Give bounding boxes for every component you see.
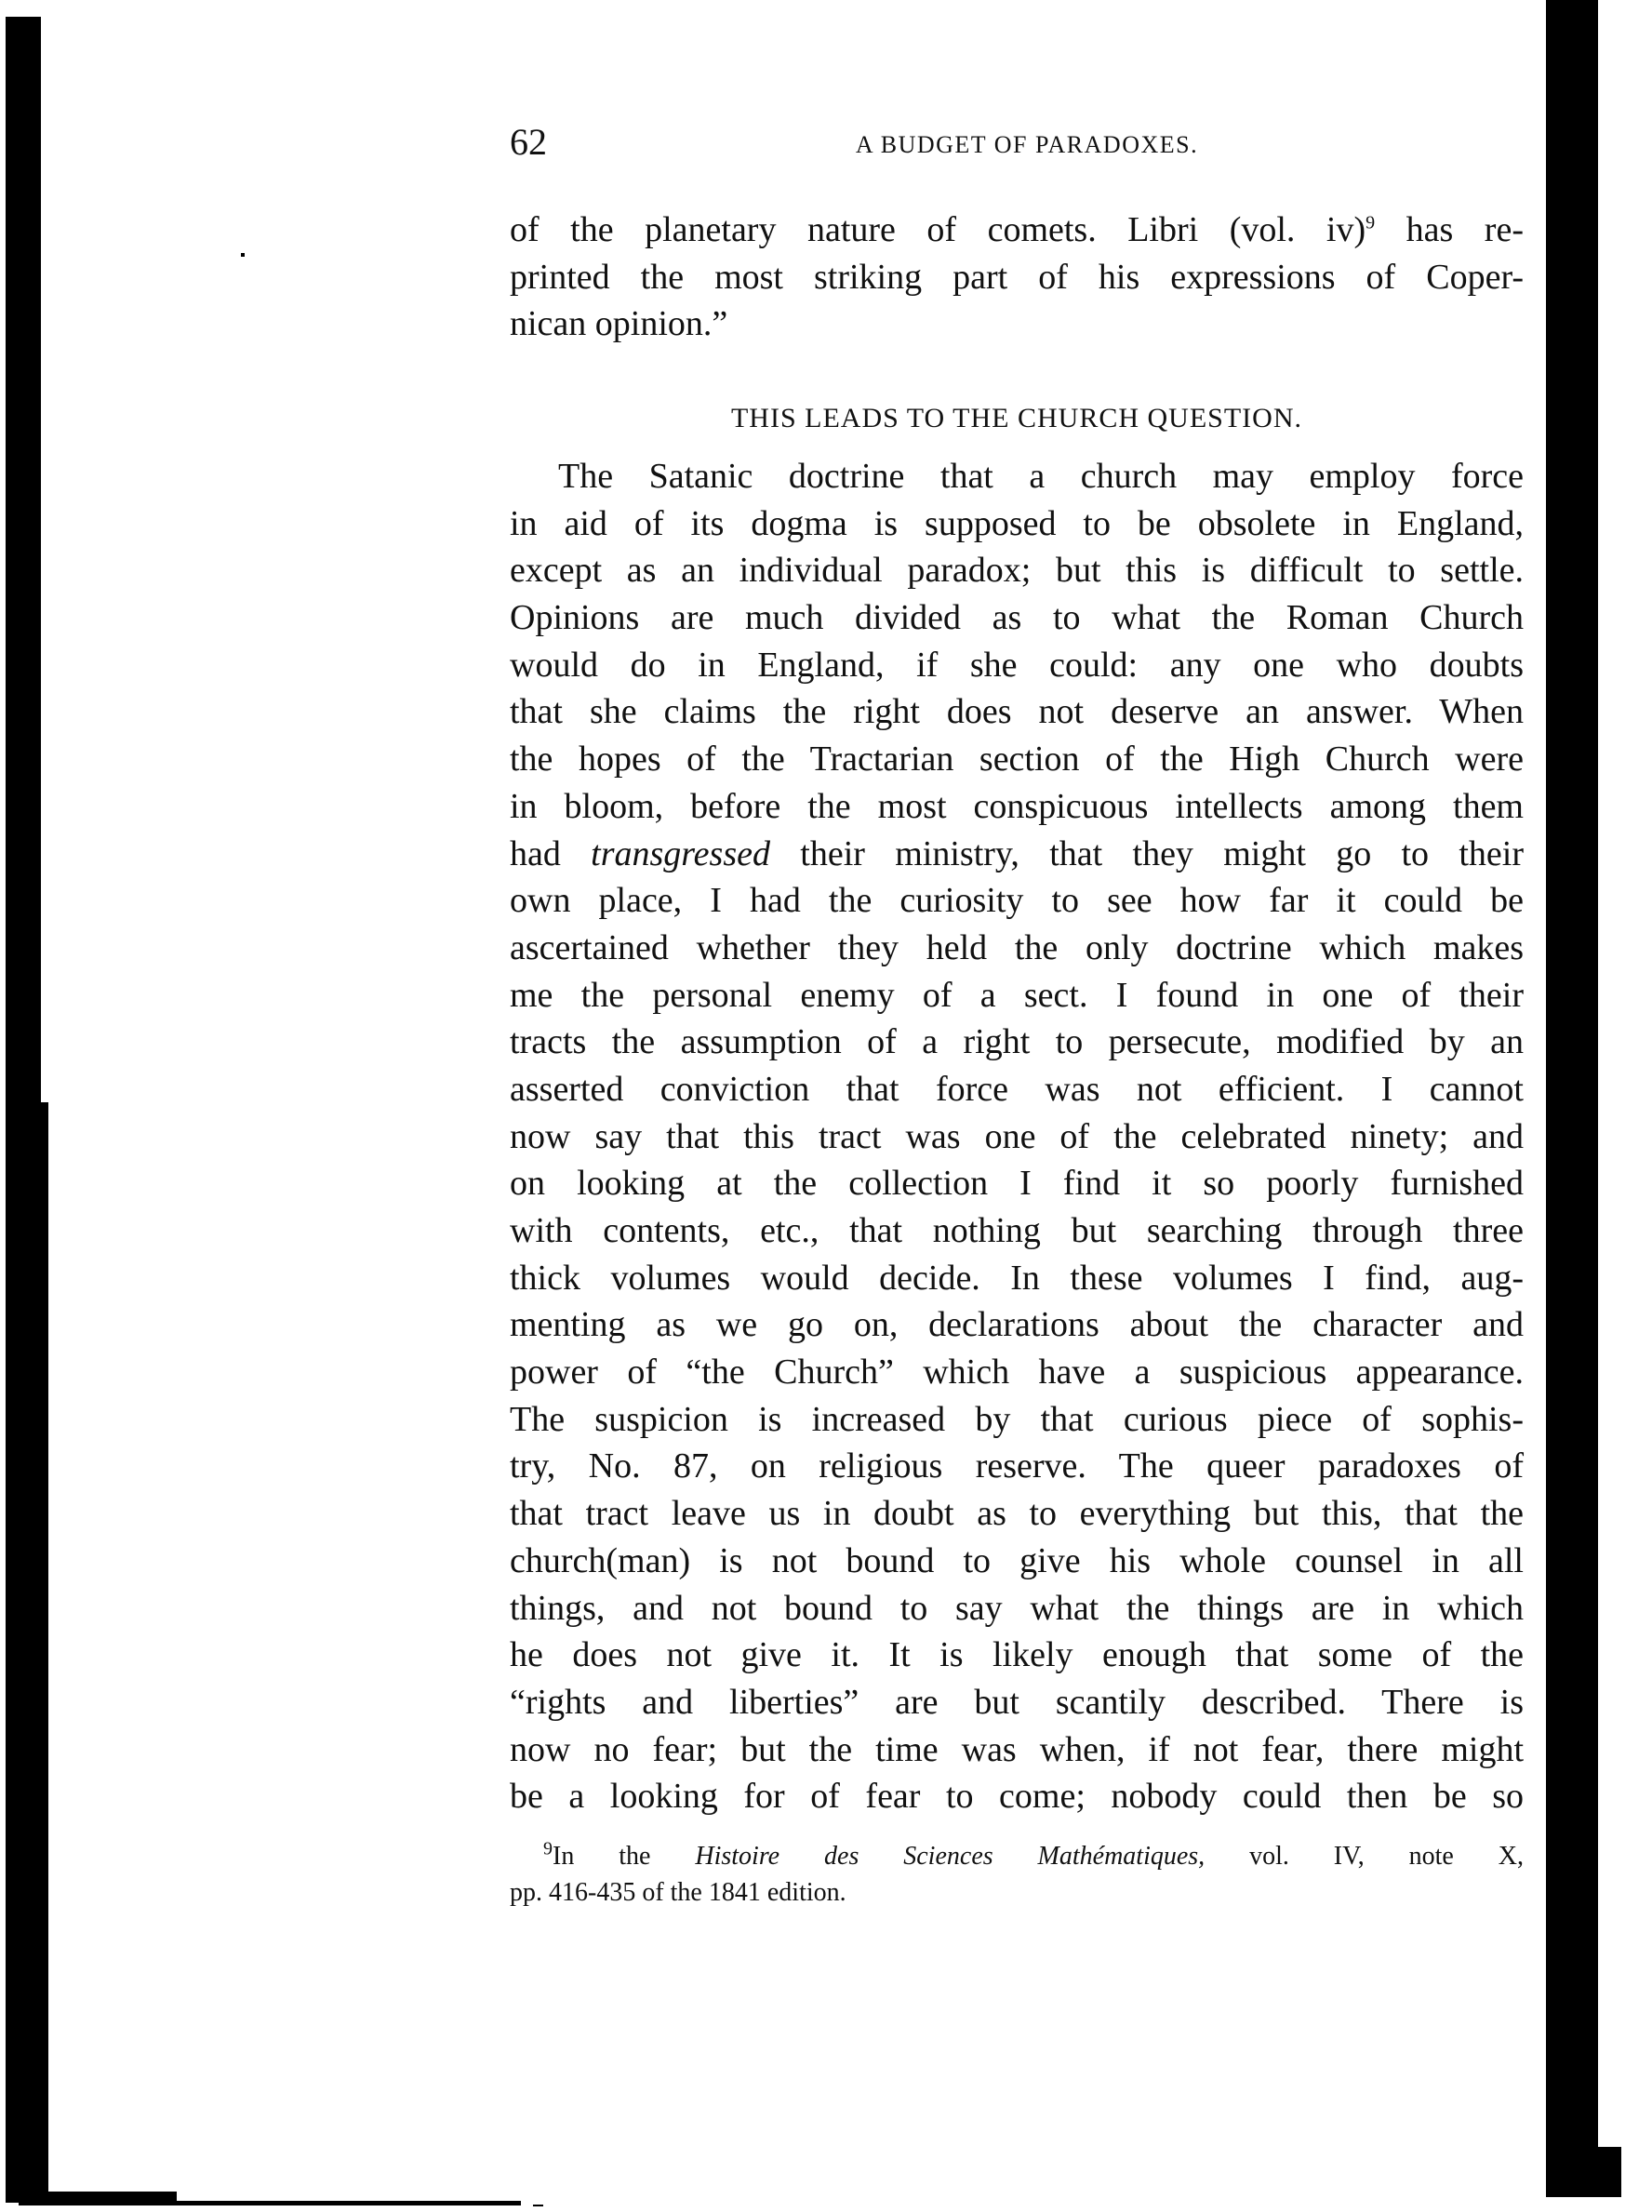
footnote: 9In the Histoire des Sciences Mathématiq… [510,1838,1524,1911]
text-line: asserted conviction that force was not e… [510,1066,1524,1113]
text-line: thick volumes would decide. In these vol… [510,1255,1524,1302]
text-line: the hopes of the Tractarian section of t… [510,736,1524,783]
text-line: me the personal enemy of a sect. I found… [510,972,1524,1019]
text-line: that she claims the right does not deser… [510,688,1524,736]
text-line: Opinions are much divided as to what the… [510,594,1524,642]
scan-speck [241,253,245,257]
footnote-marker: 9 [543,1839,553,1859]
continuation-text: of the planetary nature of comets. Libri… [510,207,1524,348]
text-line: he does not give it. It is likely enough… [510,1632,1524,1679]
text-line: now say that this tract was one of the c… [510,1113,1524,1161]
scan-edge-right-foot [1572,2147,1621,2197]
text-line: things, and not bound to say what the th… [510,1585,1524,1632]
text-line: ascertained whether they held the only d… [510,925,1524,972]
section-heading: THIS LEADS TO THE CHURCH QUESTION. [510,395,1524,442]
text-line: The Satanic doctrine that a church may e… [510,453,1524,500]
text-line: of the planetary nature of comets. Libri… [510,207,1524,254]
text-line: would do in England, if she could: any o… [510,642,1524,689]
footnote-line: pp. 416-435 of the 1841 edition. [510,1874,1524,1911]
text-line: on looking at the collection I find it s… [510,1160,1524,1207]
text-line: that tract leave us in doubt as to every… [510,1490,1524,1538]
text-line: in aid of its dogma is supposed to be ob… [510,500,1524,548]
footnote-ref: 9 [1366,212,1375,233]
text-line: nican opinion.” [510,300,1524,348]
text-line: menting as we go on, declarations about … [510,1301,1524,1349]
text-line: in bloom, before the most conspicuous in… [510,783,1524,831]
text-line: The suspicion is increased by that curio… [510,1396,1524,1444]
emphasis: transgressed [591,834,770,873]
text-line: power of “the Church” which have a suspi… [510,1349,1524,1396]
scan-edge-right [1546,0,1598,2197]
scan-edge-bottom-corner [47,2192,177,2201]
scan-mark [533,2205,543,2206]
scan-edge-bottom [19,2201,521,2205]
text-line: try, No. 87, on religious reserve. The q… [510,1443,1524,1490]
running-head: 62 A BUDGET OF PARADOXES. [510,119,1524,166]
text-line: “rights and liberties” are but scantily … [510,1679,1524,1726]
text-line: own place, I had the curiosity to see ho… [510,877,1524,925]
text-line: tracts the assumption of a right to pers… [510,1019,1524,1066]
text-line: printed the most striking part of his ex… [510,254,1524,301]
text-line: now no fear; but the time was when, if n… [510,1726,1524,1774]
text-line: except as an individual paradox; but thi… [510,547,1524,594]
scan-edge-left-lower [13,1102,48,2203]
text-line: had transgressed their ministry, that th… [510,831,1524,878]
text-line: with contents, etc., that nothing but se… [510,1207,1524,1255]
text-line: church(man) is not bound to give his who… [510,1538,1524,1585]
text-line: be a looking for of fear to come; nobody… [510,1773,1524,1820]
running-title: A BUDGET OF PARADOXES. [510,125,1544,166]
body-paragraph: The Satanic doctrine that a church may e… [510,453,1524,1820]
footnote-line: 9In the Histoire des Sciences Mathématiq… [510,1838,1524,1874]
